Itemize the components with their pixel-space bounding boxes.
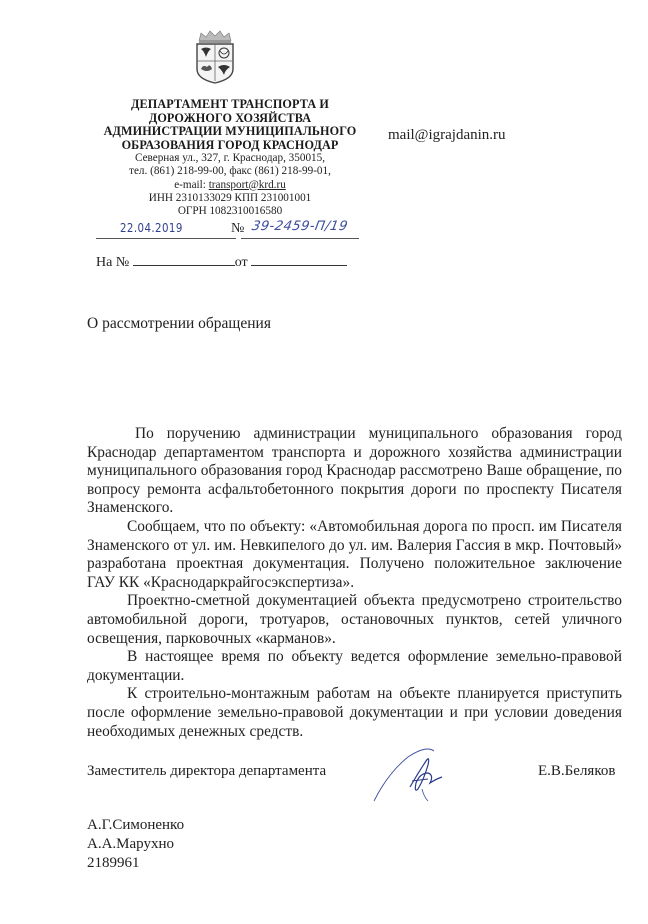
org-ogrn: ОГРН 1082310016580	[80, 205, 380, 218]
letter-subject: О рассмотрении обращения	[87, 315, 271, 333]
signatory-name: Е.В.Беляков	[538, 763, 615, 780]
org-name-line-3: АДМИНИСТРАЦИИ МУНИЦИПАЛЬНОГО	[80, 125, 380, 139]
registration-date-stamp: 22.04.2019	[120, 220, 183, 235]
krasnodar-coat-of-arms-icon	[191, 29, 239, 85]
reference-date-label: от	[235, 255, 248, 270]
body-paragraph: Проектно-сметной документацией объекта п…	[87, 592, 622, 648]
reference-number-blank	[133, 253, 235, 266]
number-underline	[241, 238, 359, 239]
registration-number-handwritten: 39-2459-П/19	[251, 219, 349, 234]
body-paragraph: В настоящее время по объекту ведется офо…	[87, 648, 622, 685]
body-paragraph: К строительно-монтажным работам на объек…	[87, 685, 622, 741]
reference-number-label: На №	[96, 255, 129, 270]
date-underline	[96, 238, 236, 239]
reference-row: На № от	[96, 253, 347, 271]
letterhead: ДЕПАРТАМЕНТ ТРАНСПОРТА И ДОРОЖНОГО ХОЗЯЙ…	[80, 98, 380, 218]
body-paragraph: Сообщаем, что по объекту: «Автомобильная…	[87, 518, 622, 592]
org-email-label: e-mail:	[174, 179, 208, 191]
org-name-line-2: ДОРОЖНОГО ХОЗЯЙСТВА	[80, 112, 380, 126]
signatory-position: Заместитель директора департамента	[87, 763, 326, 780]
executor-phone: 2189961	[87, 854, 184, 873]
executor-name: А.А.Марухно	[87, 835, 184, 854]
reference-date-blank	[251, 253, 347, 266]
org-address: Северная ул., 327, г. Краснодар, 350015,	[80, 152, 380, 165]
org-name-line-1: ДЕПАРТАМЕНТ ТРАНСПОРТА И	[80, 98, 380, 112]
org-phones: тел. (861) 218-99-00, факс (861) 218-99-…	[80, 165, 380, 178]
letter-body: По поручению администрации муниципальног…	[87, 425, 622, 741]
executor-name: А.Г.Симоненко	[87, 816, 184, 835]
executors-block: А.Г.Симоненко А.А.Марухно 2189961	[87, 816, 184, 873]
registration-number-label: №	[231, 221, 244, 237]
org-inn-kpp: ИНН 2310133029 КПП 231001001	[80, 192, 380, 205]
recipient-email: mail@igrajdanin.ru	[388, 127, 506, 144]
org-email-link[interactable]: transport@krd.ru	[209, 179, 286, 191]
org-name-line-4: ОБРАЗОВАНИЯ ГОРОД КРАСНОДАР	[80, 139, 380, 153]
body-paragraph: По поручению администрации муниципальног…	[87, 425, 622, 518]
org-email-line: e-mail: transport@krd.ru	[80, 179, 380, 192]
registration-row: 22.04.2019 № 39-2459-П/19	[96, 218, 376, 244]
handwritten-signature-icon	[368, 743, 468, 803]
